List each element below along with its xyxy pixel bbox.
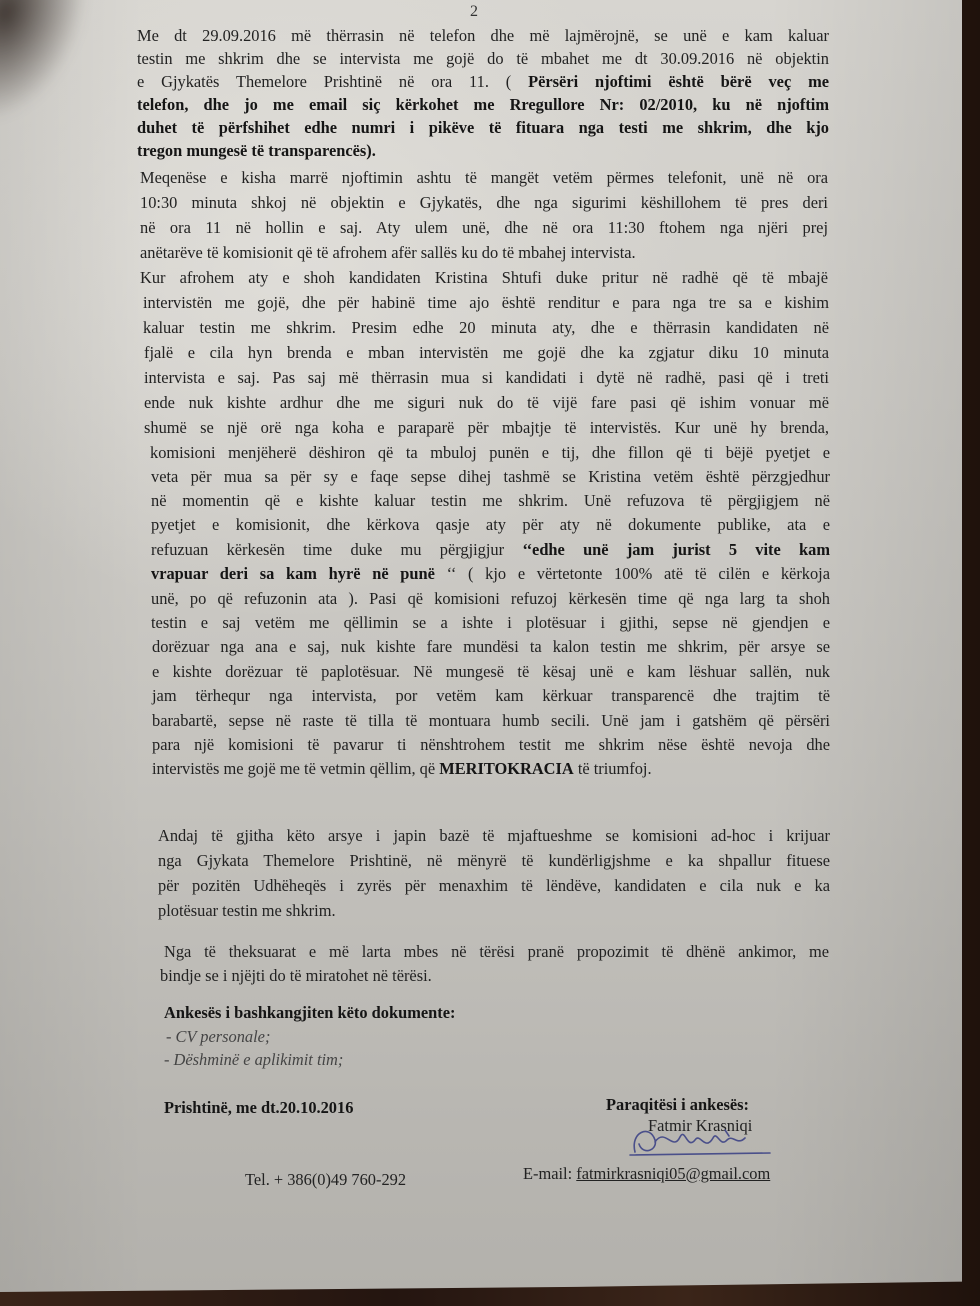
text-line: barabartë, sepse në raste të tilla të mo…	[152, 711, 830, 731]
bold-text-span: Përsëri njoftimi është bërë veç me	[528, 72, 829, 91]
page-number: 2	[470, 3, 478, 21]
text-line: e kishte dorëzuar të paplotësuar. Në mun…	[152, 662, 830, 682]
text-line: kaluar testin me shkrim. Presim edhe 20 …	[143, 318, 829, 338]
text-line: nga Gjykata Themelore Prishtinë, në mëny…	[158, 851, 830, 871]
text-span: intervistës me gojë me të vetmin qëllim,…	[152, 759, 439, 778]
attachments-heading: Ankesës i bashkangjiten këto dokumente:	[164, 1003, 504, 1023]
text-line: Kur afrohem aty e shoh kandidaten Kristi…	[140, 268, 828, 288]
text-line: pyetjet e komisionit, dhe kërkova qasje …	[151, 515, 830, 535]
signatory-label: Paraqitësi i ankesës:	[606, 1095, 806, 1115]
text-span: refuzuan kërkesën time duke mu përgjigju…	[151, 540, 522, 559]
text-line: Meqenëse e kisha marrë njoftimin ashtu t…	[140, 168, 828, 188]
text-line: anëtarëve të komisionit që të afrohem af…	[140, 243, 828, 263]
text-line: fjalë e cila hyn brenda e mban intervist…	[144, 343, 829, 363]
text-span: të triumfoj.	[574, 759, 652, 778]
text-line-bold: duhet të përfshihet edhe numri i pikëve …	[137, 118, 829, 138]
handwritten-signature-icon	[625, 1122, 775, 1160]
text-line: në momentin që e kishte kaluar testin me…	[151, 491, 830, 511]
text-span: ‘‘ ( kjo e vërtetonte 100% atë të cilën …	[435, 564, 830, 583]
text-line: plotësuar testin me shkrim.	[158, 901, 830, 921]
emphasis-meritokracia: MERITOKRACIA	[439, 759, 573, 778]
quoted-reply-bold: ‘‘edhe unë jam jurist 5 vite kam	[522, 540, 830, 559]
text-line: para një komisioni të pavarur ti nënshtr…	[152, 735, 830, 755]
document-page: 2 Me dt 29.09.2016 më thërrasin në telef…	[0, 0, 962, 1292]
text-line: unë, po që refuzonin ata ). Pasi që komi…	[151, 589, 830, 609]
text-line: intervistës me gojë me të vetmin qëllim,…	[152, 759, 830, 779]
text-line: dorëzuar nga ana e saj, nuk kishte fare …	[152, 637, 830, 657]
text-span: e Gjykatës Themelore Prishtinë në ora 11…	[137, 72, 528, 91]
text-line: Nga të theksuarat e më larta mbes në tër…	[164, 942, 829, 962]
text-line: refuzuan kërkesën time duke mu përgjigju…	[151, 540, 830, 560]
text-line: veta për mua sa për sy e faqe sepse dihe…	[151, 467, 830, 487]
email-line: E-mail: fatmirkrasniqi05@gmail.com	[523, 1164, 813, 1184]
text-line: në ora 11 në hollin e saj. Aty ulem unë,…	[140, 218, 828, 238]
phone-number: Tel. + 386(0)49 760-292	[245, 1170, 445, 1190]
text-line: 10:30 minuta shkoj në objektin e Gjykatë…	[140, 193, 828, 213]
text-line: komisioni menjëherë dëshiron që ta mbulo…	[150, 443, 830, 463]
text-line: e Gjykatës Themelore Prishtinë në ora 11…	[137, 72, 829, 92]
text-line: vrapuar deri sa kam hyrë në punë ‘‘ ( kj…	[151, 564, 830, 584]
text-line: bindje se i njëjti do të miratohet në të…	[160, 966, 825, 986]
text-line-bold: tregon mungesë të transparencës).	[137, 141, 829, 161]
text-line: intervistën me gojë, dhe për habinë time…	[143, 293, 829, 313]
text-line: ende nuk kishte ardhur dhe me siguri nuk…	[144, 393, 829, 413]
text-line: Me dt 29.09.2016 më thërrasin në telefon…	[137, 26, 829, 46]
text-line: për pozitën Udhëheqës i zyrës për menaxh…	[158, 876, 830, 896]
text-line: testin e saj vetëm me qëllimin se a isht…	[151, 613, 830, 633]
text-line: intervista e saj. Pas saj më thërrasin m…	[144, 368, 829, 388]
email-label: E-mail:	[523, 1164, 576, 1183]
email-address-link[interactable]: fatmirkrasniqi05@gmail.com	[576, 1164, 770, 1183]
attachment-item: - CV personale;	[166, 1027, 366, 1047]
place-and-date: Prishtinë, me dt.20.10.2016	[164, 1098, 404, 1118]
text-line-bold: telefon, dhe jo me email siç kërkohet me…	[137, 95, 829, 115]
text-line: shumë se një orë nga koha e paraparë për…	[144, 418, 829, 438]
quoted-reply-bold: vrapuar deri sa kam hyrë në punë	[151, 564, 435, 583]
text-line: Andaj të gjitha këto arsye i japin bazë …	[158, 826, 830, 846]
text-line: testin me shkrim dhe se intervista me go…	[137, 49, 829, 69]
attachment-item: - Dëshminë e aplikimit tim;	[164, 1050, 384, 1070]
text-line: jam tërhequr nga intervista, por vetëm k…	[152, 686, 830, 706]
